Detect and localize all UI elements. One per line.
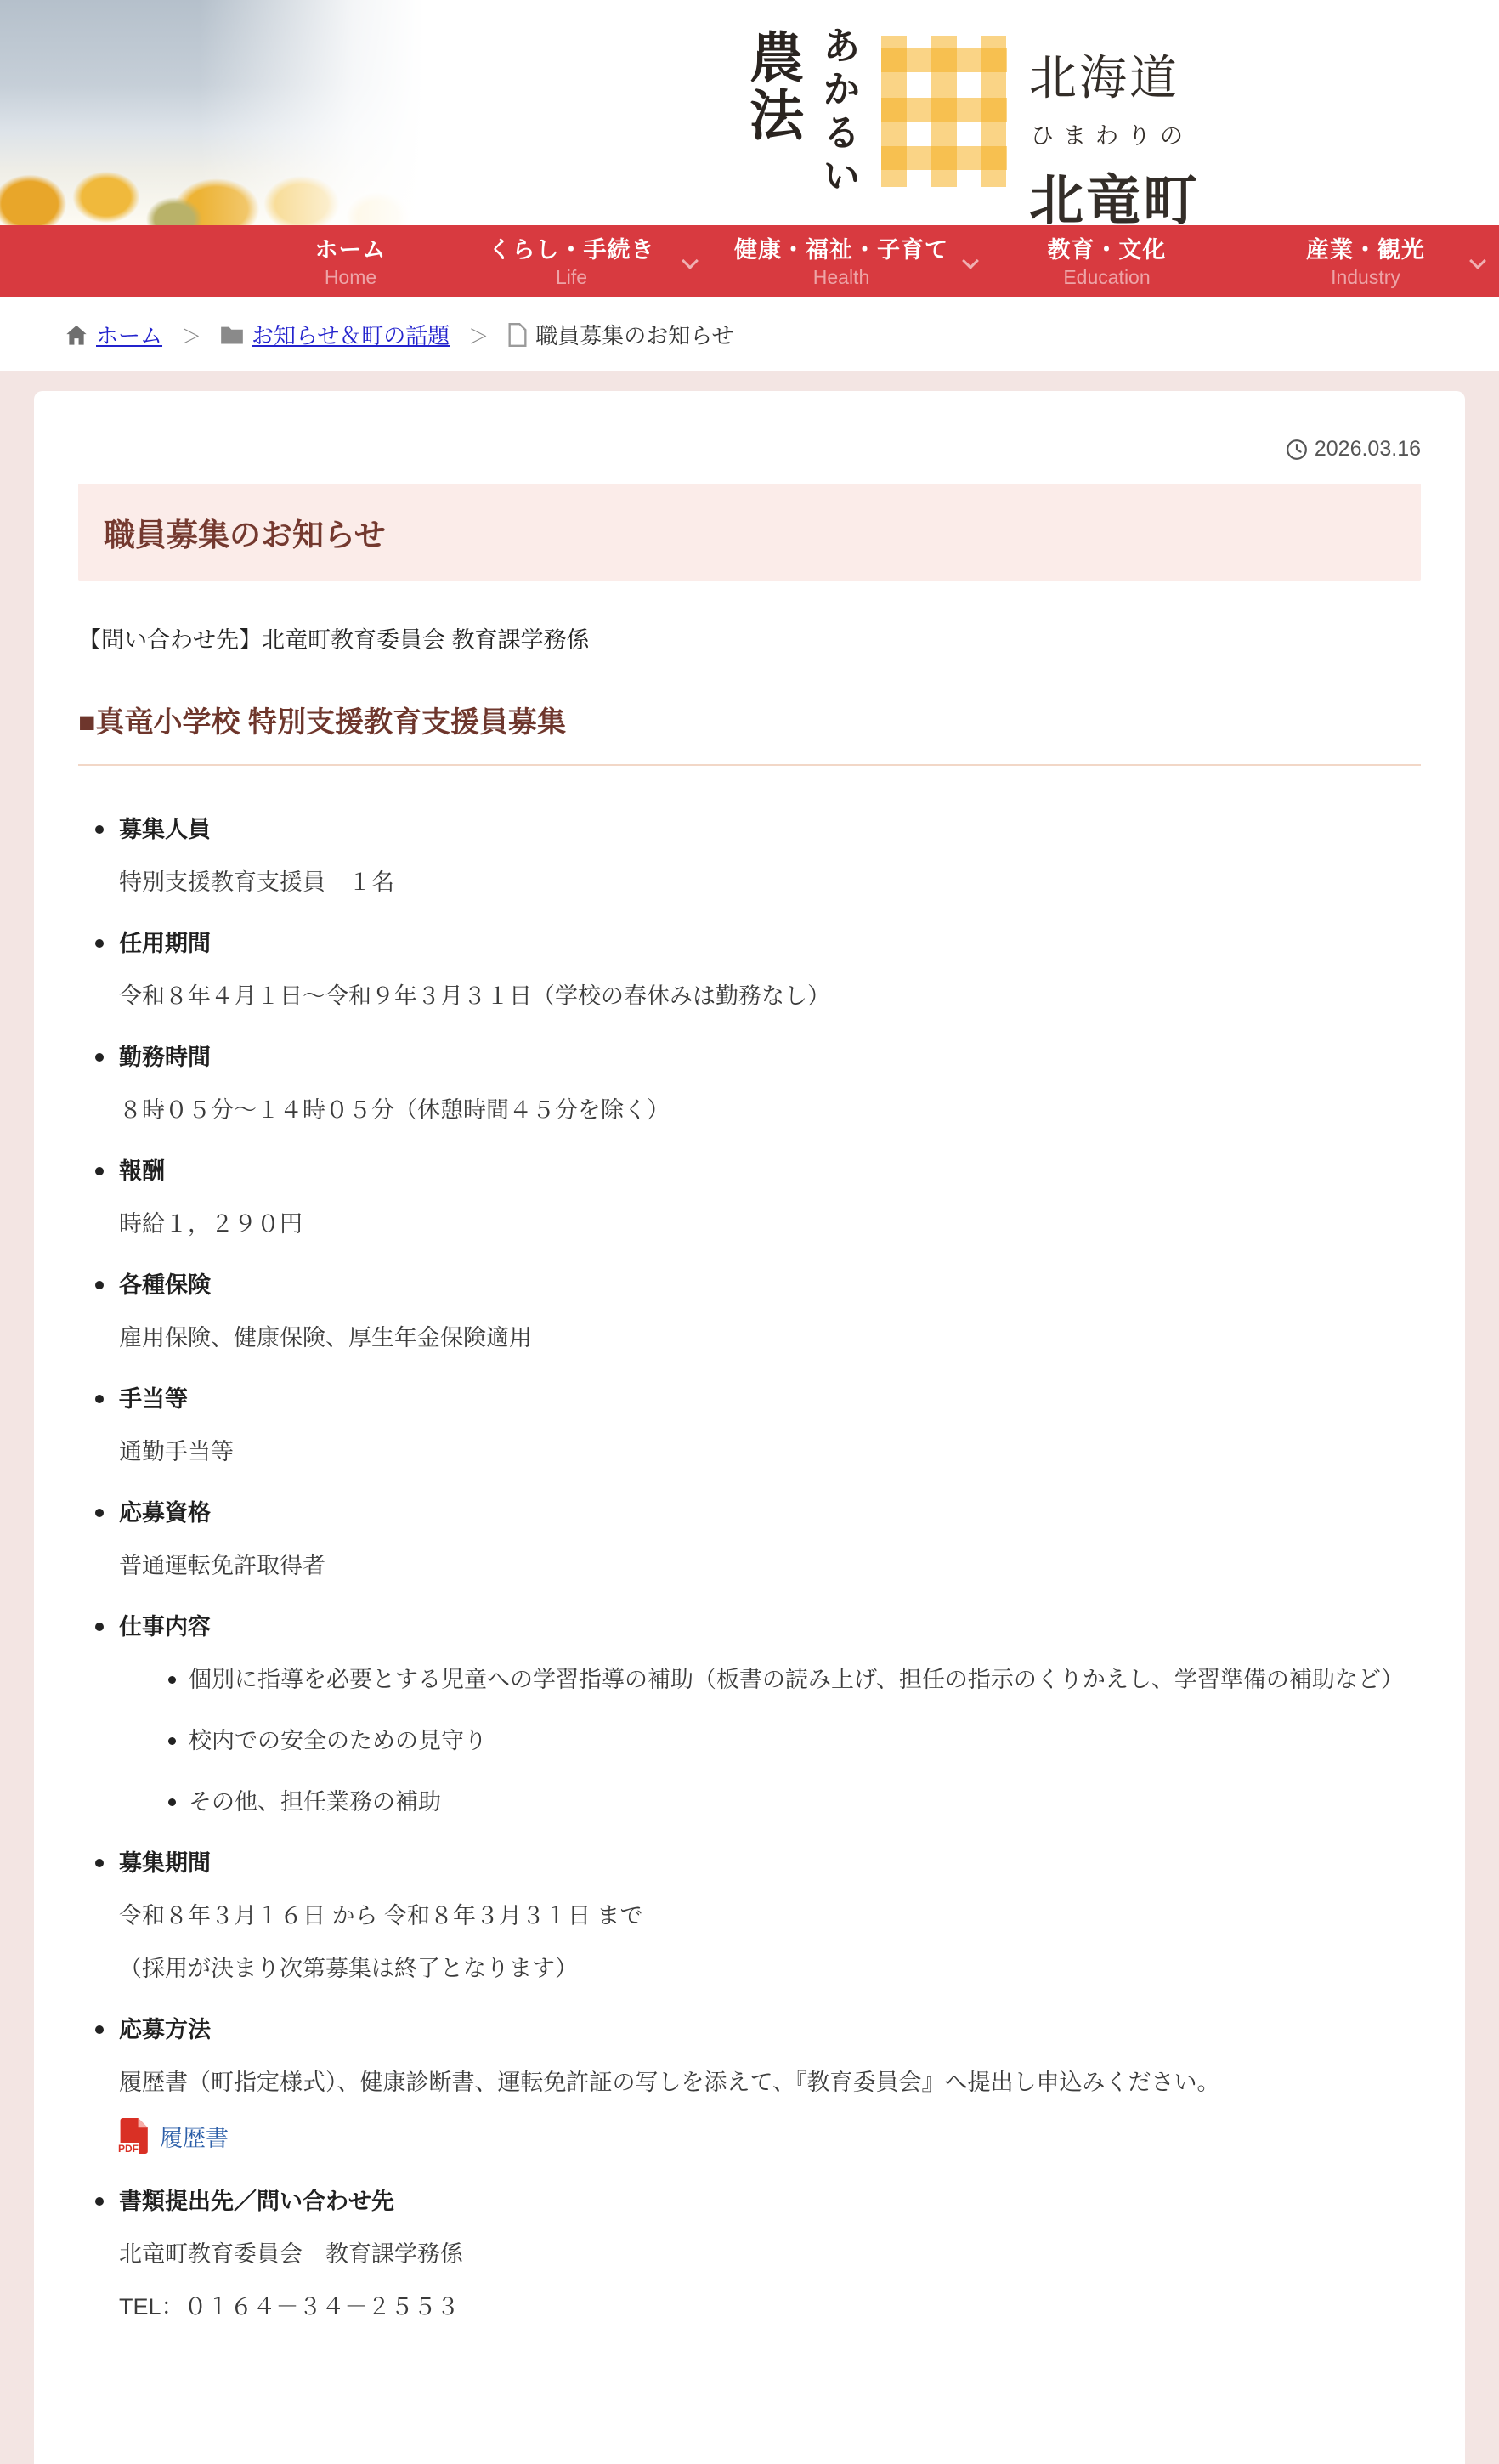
section-heading: ■真竜小学校 特別支援教育支援員募集	[78, 699, 1421, 766]
logo-town-name: 北竜町	[1029, 157, 1200, 235]
job-item-label: 手当等	[119, 1373, 1421, 1425]
page-title: 職員募集のお知らせ	[78, 484, 1421, 581]
job-item-detail: TEL：０１６４－３４－２５５３	[119, 2280, 1421, 2333]
breadcrumb-home: ホーム	[65, 319, 162, 350]
nav-industry-jp: 産業・観光	[1306, 236, 1425, 263]
breadcrumb-news: お知らせ＆町の話題	[220, 319, 450, 350]
breadcrumb-news-link[interactable]: お知らせ＆町の話題	[252, 319, 450, 350]
job-conditions-list: 募集人員 特別支援教育支援員 １名 任用期間 令和８年４月１日～令和９年３月３１…	[78, 803, 1421, 2333]
job-item-detail: 時給１，２９０円	[119, 1198, 1421, 1250]
nav-life-jp: くらし・手続き	[489, 236, 655, 263]
nav-health-jp: 健康・福祉・子育て	[734, 236, 948, 263]
pdf-file-icon: PDF	[119, 2118, 148, 2154]
breadcrumb-current-label: 職員募集のお知らせ	[535, 319, 733, 350]
sublist-item: その他、担任業務の補助	[189, 1776, 1421, 1828]
nav-industry-en: Industry	[1331, 267, 1400, 288]
breadcrumb-home-link[interactable]: ホーム	[96, 319, 162, 350]
contact-line: 【問い合わせ先】北竜町教育委員会 教育課学務係	[78, 621, 1421, 654]
list-item: 報酬 時給１，２９０円	[119, 1145, 1421, 1250]
list-item: 勤務時間 ８時０５分～１４時０５分（休憩時間４５分を除く）	[119, 1031, 1421, 1136]
job-item-label: 募集期間	[119, 1837, 1421, 1889]
job-item-detail: 雇用保険、健康保険、厚生年金保険適用	[119, 1311, 1421, 1364]
gingham-pattern-icon	[881, 36, 1007, 187]
article-date: 2026.03.16	[1315, 437, 1421, 462]
folder-icon	[220, 325, 244, 345]
job-item-label: 各種保険	[119, 1259, 1421, 1311]
nav-item-education[interactable]: 教育・文化 Education	[981, 225, 1232, 297]
job-item-label: 応募方法	[119, 2003, 1421, 2056]
list-item: 仕事内容 個別に指導を必要とする児童への学習指導の補助（板書の読み上げ、担任の指…	[119, 1600, 1421, 1828]
list-item: 応募方法 履歴書（町指定様式）、健康診断書、運転免許証の写しを添えて、『教育委員…	[119, 2003, 1421, 2156]
logo-subtitle: ひまわりの	[1031, 117, 1200, 150]
job-item-label: 応募資格	[119, 1487, 1421, 1539]
sunflower-field-photo	[0, 0, 442, 225]
breadcrumb-separator: ＞	[181, 320, 201, 349]
nav-item-home[interactable]: ホーム Home	[259, 225, 442, 297]
chevron-down-icon	[1469, 252, 1486, 269]
nav-item-health[interactable]: 健康・福祉・子育て Health	[701, 225, 981, 297]
list-item: 応募資格 普通運転免許取得者	[119, 1487, 1421, 1592]
logo-region: 北海道	[1029, 41, 1200, 109]
resume-pdf-link[interactable]: 履歴書	[160, 2120, 229, 2153]
site-logo[interactable]: あかるい 農法 北海道 ひまわりの 北竜町	[733, 25, 1200, 235]
pdf-attachment-row: PDF 履歴書	[119, 2116, 1421, 2156]
clock-icon	[1286, 439, 1308, 461]
content-background: 2026.03.16 職員募集のお知らせ 【問い合わせ先】北竜町教育委員会 教育…	[0, 371, 1499, 2464]
list-item: 書類提出先／問い合わせ先 北竜町教育委員会 教育課学務係 TEL：０１６４－３４…	[119, 2175, 1421, 2333]
nav-education-jp: 教育・文化	[1048, 236, 1167, 263]
list-item: 各種保険 雇用保険、健康保険、厚生年金保険適用	[119, 1259, 1421, 1364]
job-item-detail: （採用が決まり次第募集は終了となります）	[119, 1942, 1421, 1995]
nav-item-life[interactable]: くらし・手続き Life	[442, 225, 701, 297]
job-item-detail: 特別支援教育支援員 １名	[119, 856, 1421, 909]
nav-home-en: Home	[325, 267, 376, 288]
page: あかるい 農法 北海道 ひまわりの 北竜町 ホーム Home くらし・手続き L…	[0, 0, 1499, 2464]
logo-vertical-text-right: あかるい	[817, 25, 859, 199]
job-item-label: 勤務時間	[119, 1031, 1421, 1084]
list-item: 募集人員 特別支援教育支援員 １名	[119, 803, 1421, 909]
job-duties-sublist: 個別に指導を必要とする児童への学習指導の補助（板書の読み上げ、担任の指示のくりか…	[119, 1653, 1421, 1828]
job-item-label: 報酬	[119, 1145, 1421, 1198]
list-item: 任用期間 令和８年４月１日～令和９年３月３１日（学校の春休みは勤務なし）	[119, 917, 1421, 1022]
nav-spacer	[0, 225, 259, 297]
document-icon	[507, 323, 528, 347]
nav-home-jp: ホーム	[315, 236, 387, 263]
breadcrumb-separator: ＞	[468, 320, 489, 349]
main-nav: ホーム Home くらし・手続き Life 健康・福祉・子育て Health 教…	[0, 225, 1499, 297]
job-item-detail: ８時０５分～１４時０５分（休憩時間４５分を除く）	[119, 1084, 1421, 1136]
job-item-detail: 履歴書（町指定様式）、健康診断書、運転免許証の写しを添えて、『教育委員会』へ提出…	[119, 2056, 1421, 2109]
home-icon	[65, 323, 88, 347]
sublist-item: 個別に指導を必要とする児童への学習指導の補助（板書の読み上げ、担任の指示のくりか…	[189, 1653, 1421, 1706]
list-item: 募集期間 令和８年３月１６日 から 令和８年３月３１日 まで （採用が決まり次第…	[119, 1837, 1421, 1995]
breadcrumb-current: 職員募集のお知らせ	[507, 319, 733, 350]
job-item-detail: 令和８年３月１６日 から 令和８年３月３１日 まで	[119, 1889, 1421, 1942]
nav-education-en: Education	[1063, 267, 1150, 288]
list-item: 手当等 通勤手当等	[119, 1373, 1421, 1478]
job-item-label: 書類提出先／問い合わせ先	[119, 2175, 1421, 2228]
nav-health-en: Health	[813, 267, 869, 288]
pdf-badge-label: PDF	[117, 2143, 139, 2155]
chevron-down-icon	[682, 252, 699, 269]
sublist-item: 校内での安全のための見守り	[189, 1714, 1421, 1767]
job-item-detail: 北竜町教育委員会 教育課学務係	[119, 2228, 1421, 2280]
article-date-row: 2026.03.16	[78, 437, 1421, 462]
breadcrumb: ホーム ＞ お知らせ＆町の話題 ＞ 職員募集のお知らせ	[0, 297, 1499, 371]
article-card: 2026.03.16 職員募集のお知らせ 【問い合わせ先】北竜町教育委員会 教育…	[34, 391, 1465, 2464]
job-item-detail: 通勤手当等	[119, 1425, 1421, 1478]
site-header: あかるい 農法 北海道 ひまわりの 北竜町	[0, 0, 1499, 225]
logo-vertical-text-left: 農法	[742, 29, 802, 144]
nav-item-industry[interactable]: 産業・観光 Industry	[1232, 225, 1499, 297]
job-item-label: 募集人員	[119, 803, 1421, 856]
chevron-down-icon	[962, 252, 979, 269]
job-item-detail: 令和８年４月１日～令和９年３月３１日（学校の春休みは勤務なし）	[119, 970, 1421, 1022]
logo-calligraphy: あかるい 農法	[733, 25, 866, 206]
job-item-label: 仕事内容	[119, 1600, 1421, 1653]
nav-life-en: Life	[556, 267, 587, 288]
job-item-detail: 普通運転免許取得者	[119, 1539, 1421, 1592]
job-item-label: 任用期間	[119, 917, 1421, 970]
logo-town-block: 北海道 ひまわりの 北竜町	[1029, 25, 1200, 235]
